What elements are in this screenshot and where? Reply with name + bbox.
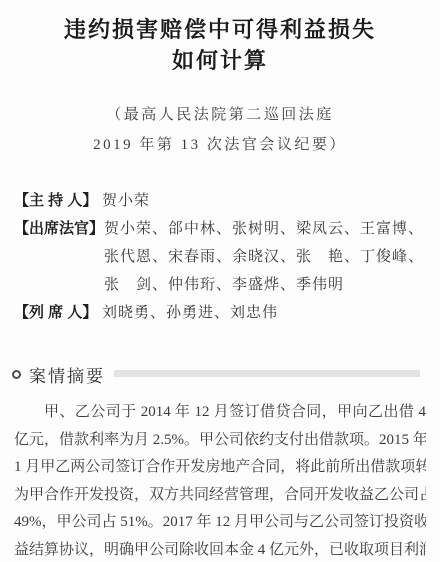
body-line: 49%，甲公司占 51%。2017 年 12 月甲公司与乙公司签订投资收 <box>14 509 426 537</box>
subtitle-line-2: 2019 年第 13 次法官会议纪要） <box>0 130 440 160</box>
observers-names: 刘晓勇、孙勇进、刘忠伟 <box>102 299 278 327</box>
name-line: 张 剑、仲伟珩、李盛烨、季伟明 <box>104 271 424 299</box>
judges-row: 【出席法官】 贺小荣、郃中林、张树明、梁凤云、王富博、 张代恩、宋春雨、余晓汉、… <box>14 215 426 299</box>
page-title: 违约损害赔偿中可得利益损失 如何计算 <box>0 0 440 76</box>
host-label: 【主 持 人】 <box>14 187 102 215</box>
observers-label: 【列 席 人】 <box>14 299 102 327</box>
subtitle: （最高人民法院第二巡回法庭 2019 年第 13 次法官会议纪要） <box>0 100 440 160</box>
name-line: 贺小荣、郃中林、张树明、梁凤云、王富博、 <box>104 215 424 243</box>
body-line: 益结算协议，明确甲公司除收回本金 4 亿元外，已收取项目利润 <box>14 537 426 562</box>
body-line: 甲、乙公司于 2014 年 12 月签订借贷合同，甲向乙出借 4 <box>14 399 426 427</box>
body-line: 亿元，借款利率为月 2.5%。甲公司依约支付出借款项。2015 年 <box>14 427 426 455</box>
page-title-line-1: 违约损害赔偿中可得利益损失 <box>0 14 440 45</box>
observers-row: 【列 席 人】 刘晓勇、孙勇进、刘忠伟 <box>14 299 426 327</box>
section-title: 案情摘要 <box>29 362 105 387</box>
body-line: 1 月甲乙两公司签订合作开发房地产合同，将此前所出借款项转 <box>14 454 426 482</box>
subtitle-line-1: （最高人民法院第二巡回法庭 <box>0 100 440 130</box>
name-line: 张代恩、宋春雨、余晓汉、张 艳、丁俊峰、 <box>104 243 424 271</box>
section-header-bar <box>114 370 420 377</box>
document-page: 违约损害赔偿中可得利益损失 如何计算 （最高人民法院第二巡回法庭 2019 年第… <box>0 0 440 562</box>
judges-names: 贺小荣、郃中林、张树明、梁凤云、王富博、 张代恩、宋春雨、余晓汉、张 艳、丁俊峰… <box>104 215 424 299</box>
name-line: 贺小荣 <box>102 187 150 215</box>
page-title-line-2: 如何计算 <box>0 45 440 76</box>
ring-bullet-icon <box>12 370 21 379</box>
host-row: 【主 持 人】 贺小荣 <box>14 187 426 215</box>
case-summary-paragraph: 甲、乙公司于 2014 年 12 月签订借贷合同，甲向乙出借 4 亿元，借款利率… <box>14 399 426 562</box>
body-line: 为甲合作开发投资，双方共同经营管理，合同开发收益乙公司占 <box>14 482 426 510</box>
participants-section: 【主 持 人】 贺小荣 【出席法官】 贺小荣、郃中林、张树明、梁凤云、王富博、 … <box>14 187 426 327</box>
name-line: 刘晓勇、孙勇进、刘忠伟 <box>102 299 278 327</box>
host-names: 贺小荣 <box>102 187 150 215</box>
section-header: 案情摘要 <box>12 361 428 387</box>
judges-label: 【出席法官】 <box>14 215 104 243</box>
